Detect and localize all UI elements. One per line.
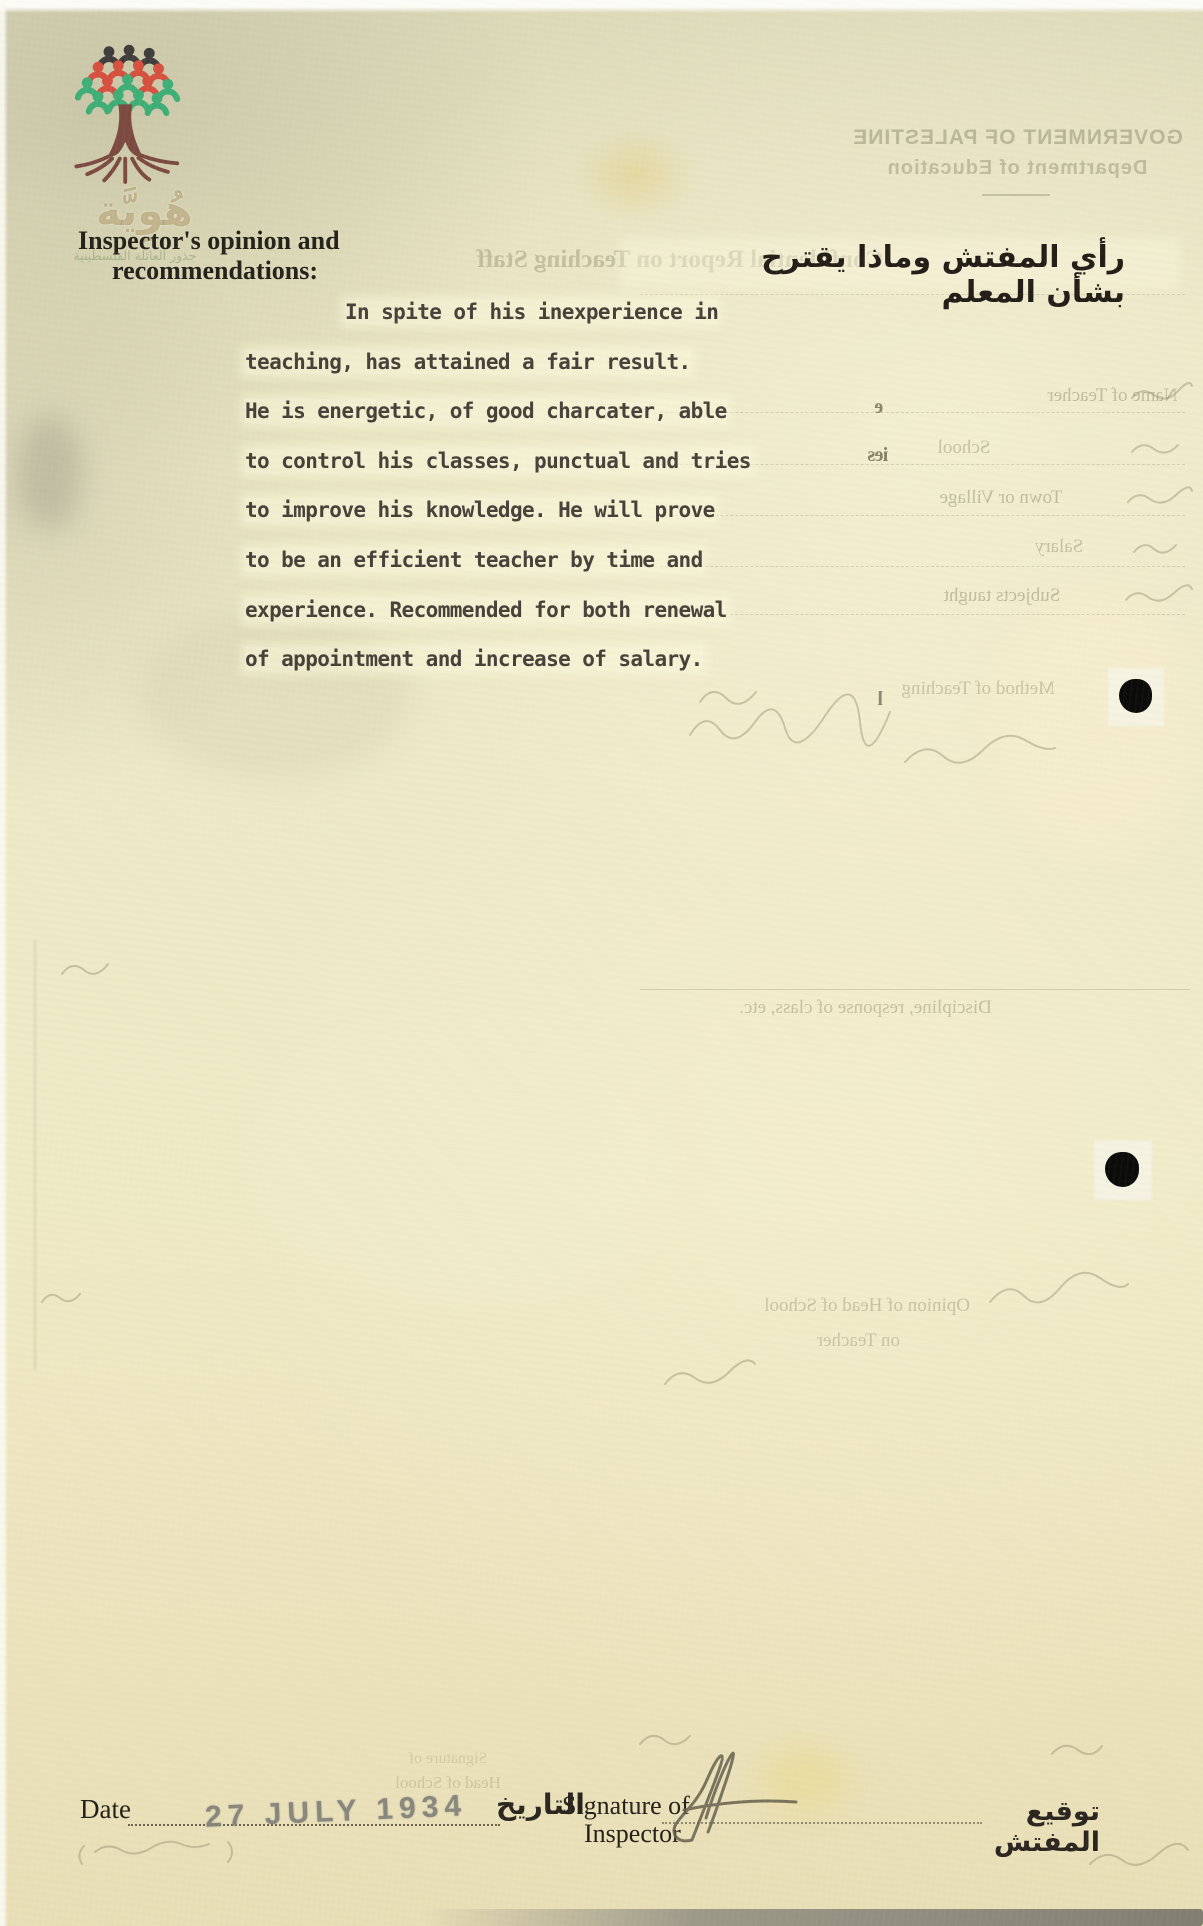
bleed-opinion-of-head-line2: on Teacher (818, 1330, 900, 1352)
paper-stain (250, 1010, 680, 1310)
scan-edge-bottom (420, 1909, 1203, 1926)
paper-stain (990, 590, 1200, 860)
signature-arabic-label: توقيع المفتش (980, 1796, 1100, 1858)
typed-line: to control his classes, punctual and tri… (245, 437, 785, 487)
inspector-opinion-label-line1: Inspector's opinion and (78, 226, 340, 256)
scan-edge-top (0, 0, 1203, 13)
bleed-typed-fragment: ies (868, 444, 888, 467)
scan-edge-left (0, 0, 8, 1926)
bleed-government-of-palestine: GOVERNMENT OF PALESTINE (845, 126, 1190, 150)
bleed-salary: Salary (1024, 536, 1094, 558)
typed-line: teaching, has attained a fair result. (245, 338, 785, 388)
bleed-name-of-teacher: Name of Teacher (1040, 385, 1185, 407)
bleed-subjects-taught: Subjects taught (924, 585, 1080, 607)
typed-line: He is energetic, of good charcater, able (245, 387, 785, 437)
hole-punch-top (1119, 679, 1152, 713)
typed-line: of appointment and increase of salary. (245, 635, 785, 685)
bleed-method-of-teaching: Method of Teaching (903, 678, 1055, 700)
date-stamp: 27 JULY 1934 (204, 1789, 467, 1834)
bleed-typed-fragment: e (875, 396, 883, 419)
typed-line: In spite of his inexperience in (245, 288, 785, 338)
tree-trunk (107, 104, 143, 157)
typed-line: to improve his knowledge. He will prove (245, 486, 785, 536)
bleed-rule (982, 194, 1050, 196)
bleed-discipline-label: Discipline, response of class, etc. (738, 997, 993, 1019)
typed-line: to be an efficient teacher by time and (245, 536, 785, 586)
typed-line: experience. Recommended for both renewal (245, 586, 785, 636)
bleed-school: School (928, 437, 1000, 459)
bleed-town-or-village: Town or Village (933, 487, 1069, 509)
paper-stain (18, 415, 82, 530)
date-label: Date (80, 1794, 131, 1825)
bleed-signature-of: Signature of (400, 1750, 496, 1768)
bleed-department-of-education: Department of Education (872, 157, 1162, 180)
bleed-typed-fragment: l (878, 688, 883, 711)
inspector-opinion-label-line2: recommendations: (112, 256, 318, 286)
inspector-signature (662, 1748, 812, 1848)
hole-punch-bottom (1105, 1152, 1139, 1187)
typed-paragraph: In spite of his inexperience in teaching… (245, 288, 785, 685)
roots-tree-logo-icon (64, 42, 188, 204)
bleed-rule (640, 989, 1190, 990)
scanned-document-page: GOVERNMENT OF PALESTINE Department of Ed… (0, 0, 1203, 1926)
bleed-opinion-of-head-line1: Opinion of Head of School (790, 1295, 970, 1317)
paper-crease (34, 940, 36, 1370)
